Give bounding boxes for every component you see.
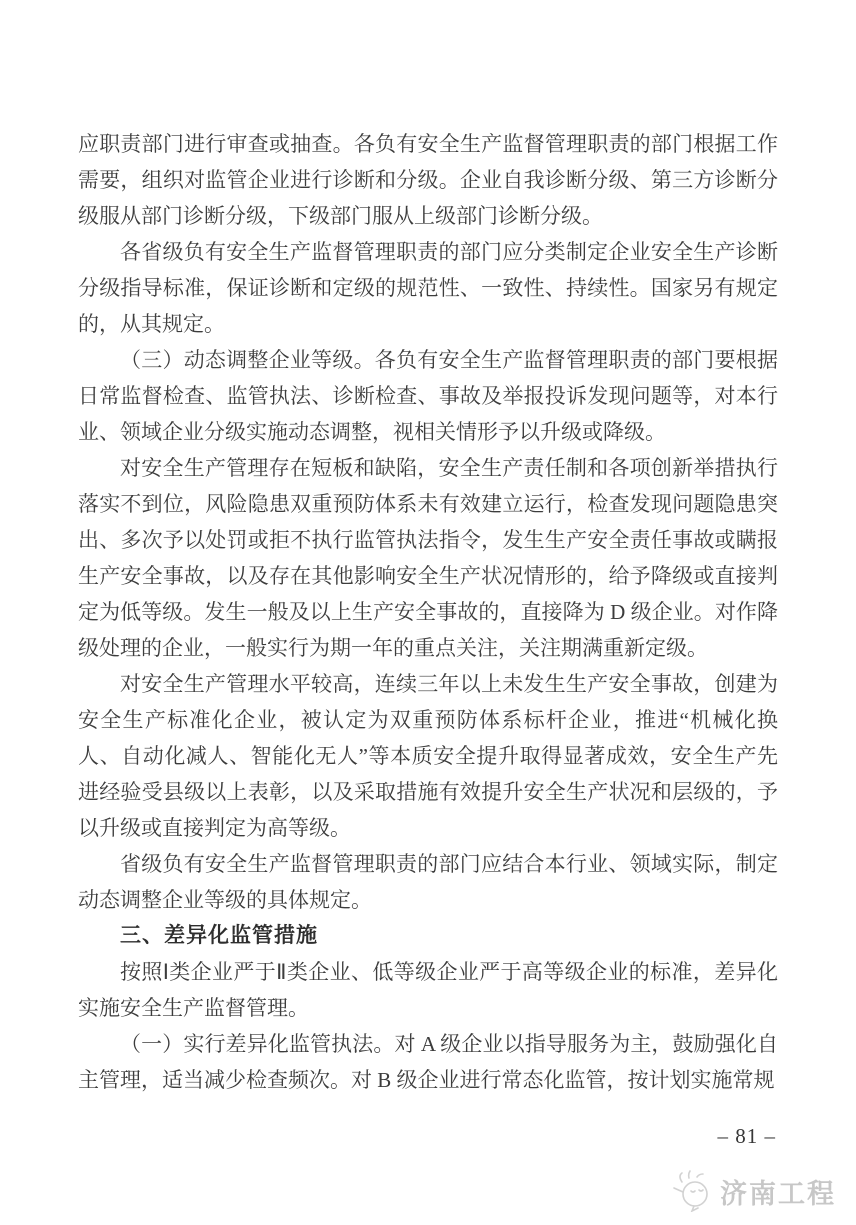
paragraph-continuation: 应职责部门进行审查或抽查。各负有安全生产监督管理职责的部门根据工作需要，组织对监… (78, 126, 778, 234)
paragraph-upgrade-conditions: 对安全生产管理水平较高，连续三年以上未发生生产安全事故，创建为安全生产标准化企业… (78, 666, 778, 846)
publisher-logo-text: 济南工程 (720, 1172, 836, 1211)
paragraph-dynamic-adjustment: （三）动态调整企业等级。各负有安全生产监督管理职责的部门要根据日常监督检查、监管… (78, 342, 778, 450)
mascot-logo-icon (670, 1170, 714, 1212)
document-page: 应职责部门进行审查或抽查。各负有安全生产监督管理职责的部门根据工作需要，组织对监… (0, 0, 856, 1225)
section-heading-differentiated-supervision: 三、差异化监管措施 (78, 918, 778, 954)
paragraph-downgrade-conditions: 对安全生产管理存在短板和缺陷，安全生产责任制和各项创新举措执行落实不到位，风险隐… (78, 450, 778, 666)
paragraph-provincial-rules: 省级负有安全生产监督管理职责的部门应结合本行业、领域实际，制定动态调整企业等级的… (78, 846, 778, 918)
paragraph-differentiated-enforcement: （一）实行差异化监管执法。对 A 级企业以指导服务为主，鼓励强化自主管理，适当减… (78, 1026, 778, 1098)
paragraph-classification-standard: 按照Ⅰ类企业严于Ⅱ类企业、低等级企业严于高等级企业的标准，差异化实施安全生产监督… (78, 954, 778, 1026)
page-number: – 81 – (718, 1124, 777, 1149)
paragraph-provincial-standards: 各省级负有安全生产监督管理职责的部门应分类制定企业安全生产诊断分级指导标准，保证… (78, 234, 778, 342)
document-body: 应职责部门进行审查或抽查。各负有安全生产监督管理职责的部门根据工作需要，组织对监… (78, 126, 778, 1098)
publisher-watermark: 济南工程 (670, 1170, 836, 1212)
